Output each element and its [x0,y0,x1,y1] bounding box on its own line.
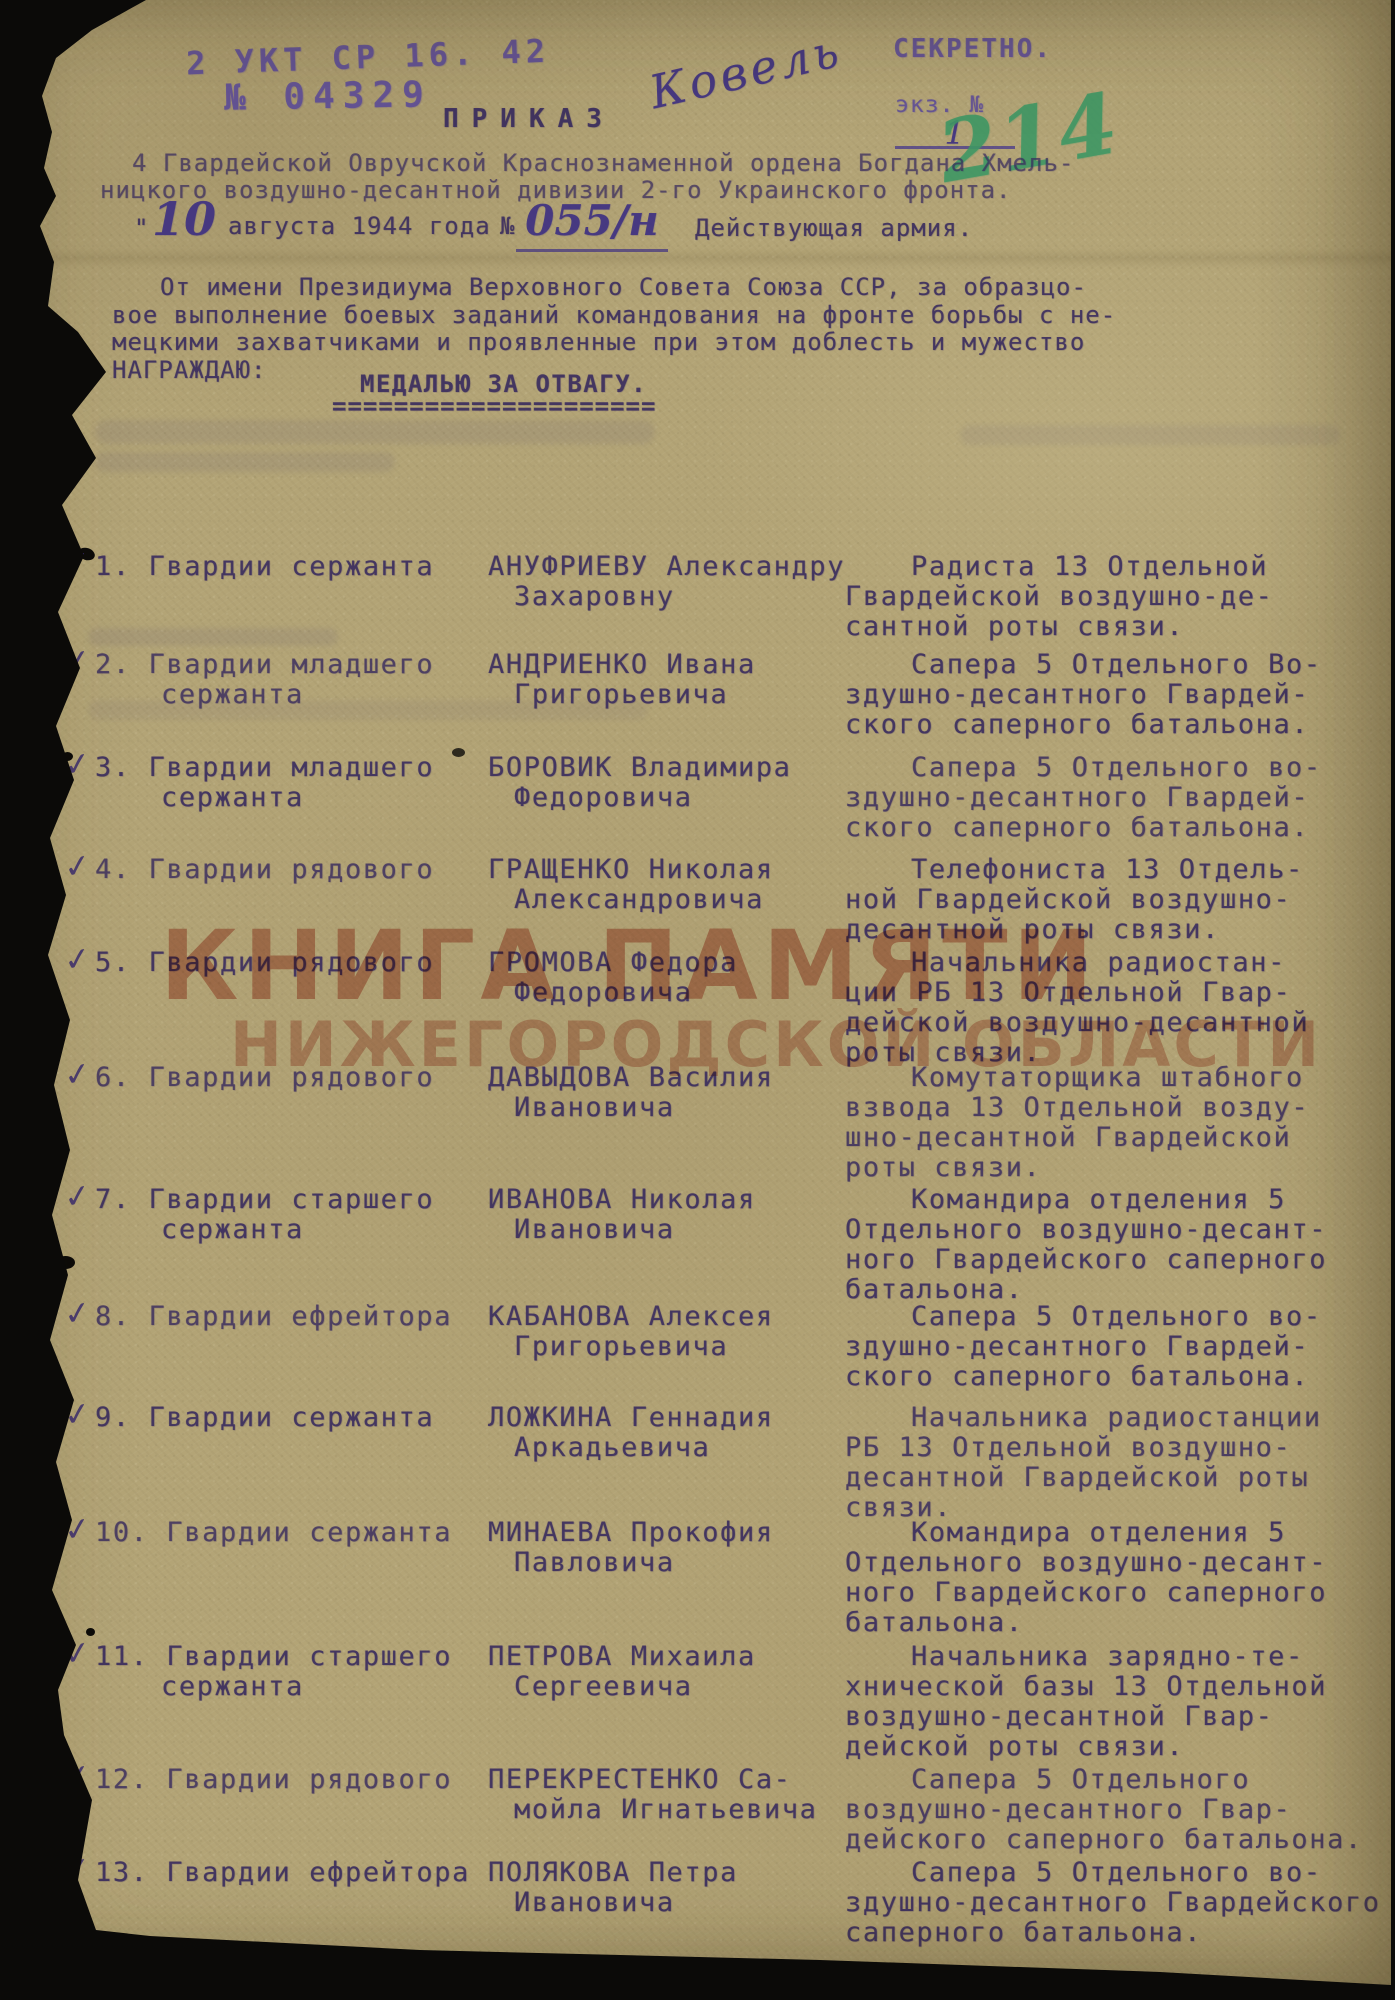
entry-name: КАБАНОВА Алексея Григорьевича [488,1302,864,1362]
check-mark: ✓ [62,849,94,883]
entry-name: ЛОЖКИНА Геннадия Аркадьевича [488,1403,864,1463]
document-sheet: 2 УКТ СР 16. 42 № 04329 Ковель СЕКРЕТНО.… [0,0,1395,2000]
entry-duty: Радиста 13 Отдельной Гвардейской воздушн… [845,552,1390,642]
entry-duty: Сапера 5 Отдельного Во- здушно-десантног… [845,650,1390,740]
entry-duty: Сапера 5 Отдельного во- здушно-десантног… [845,753,1390,843]
entry-name: ПОЛЯКОВА Петра Ивановича [488,1858,864,1918]
check-mark: ✓ [62,1759,94,1793]
entry-name: ГРАЩЕНКО Николая Александровича [488,855,864,915]
entry-rank: 12. Гвардии рядового [95,1765,541,1795]
entry-name: ИВАНОВА Николая Ивановича [488,1185,864,1245]
entry-duty: Комутаторщика штабного взвода 13 Отдельн… [845,1063,1390,1183]
check-mark: ✓ [62,644,94,678]
check-mark: ✓ [62,1397,94,1431]
check-mark: ✓ [62,942,94,976]
entry-rank: 4. Гвардии рядового [95,855,541,885]
archive-watermark-line1: КНИГА ПАМЯТИ [160,910,1098,1022]
check-mark: ✓ [62,747,94,781]
entry-rank: 1. Гвардии сержанта [95,552,541,582]
entry-name: ПЕТРОВА Михаила Сергеевича [488,1642,864,1702]
check-mark: ✓ [62,1057,94,1091]
entry-rank: 9. Гвардии сержанта [95,1403,541,1433]
entry-name: ПЕРЕКРЕСТЕНКО Са- мойла Игнатьевича [488,1765,864,1825]
entry-duty: Командира отделения 5 Отдельного воздушн… [845,1518,1390,1638]
entry-duty: Начальника зарядно-те- хнической базы 13… [845,1642,1390,1762]
check-mark: ✓ [62,1179,94,1213]
entry-rank: 10. Гвардии сержанта [95,1518,541,1548]
entry-name: АНДРИЕНКО Ивана Григорьевича [488,650,864,710]
archive-watermark-line2: НИЖЕГОРОДСКОЙ ОБЛАСТИ [230,1008,1322,1081]
entry-rank: 3. Гвардии младшего сержанта [95,753,541,813]
entry-duty: Сапера 5 Отдельного во- здушно-десантног… [845,1858,1390,1948]
entry-duty: Сапера 5 Отдельного во- здушно-десантног… [845,1302,1390,1392]
entry-duty: Командира отделения 5 Отдельного воздушн… [845,1185,1390,1305]
check-mark: ✓ [62,1296,94,1330]
entry-rank: 7. Гвардии старшего сержанта [95,1185,541,1245]
entry-rank: 8. Гвардии ефрейтора [95,1302,541,1332]
entry-name: АНУФРИЕВУ Александру Захаровну [488,552,864,612]
entry-duty: Начальника радиостанции РБ 13 Отдельной … [845,1403,1390,1523]
entry-name: БОРОВИК Владимира Федоровича [488,753,864,813]
entry-name: МИНАЕВА Прокофия Павловича [488,1518,864,1578]
entry-rank: 11. Гвардии старшего сержанта [95,1642,541,1702]
check-mark: ✓ [62,1512,94,1546]
entry-duty: Сапера 5 Отдельного воздушно-десантного … [845,1765,1390,1855]
check-mark: ✓ [62,1852,94,1886]
check-mark: ✓ [62,1636,94,1670]
check-mark: ✓ [62,546,94,580]
entry-rank: 2. Гвардии младшего сержанта [95,650,541,710]
entry-rank: 13. Гвардии ефрейтора [95,1858,541,1888]
